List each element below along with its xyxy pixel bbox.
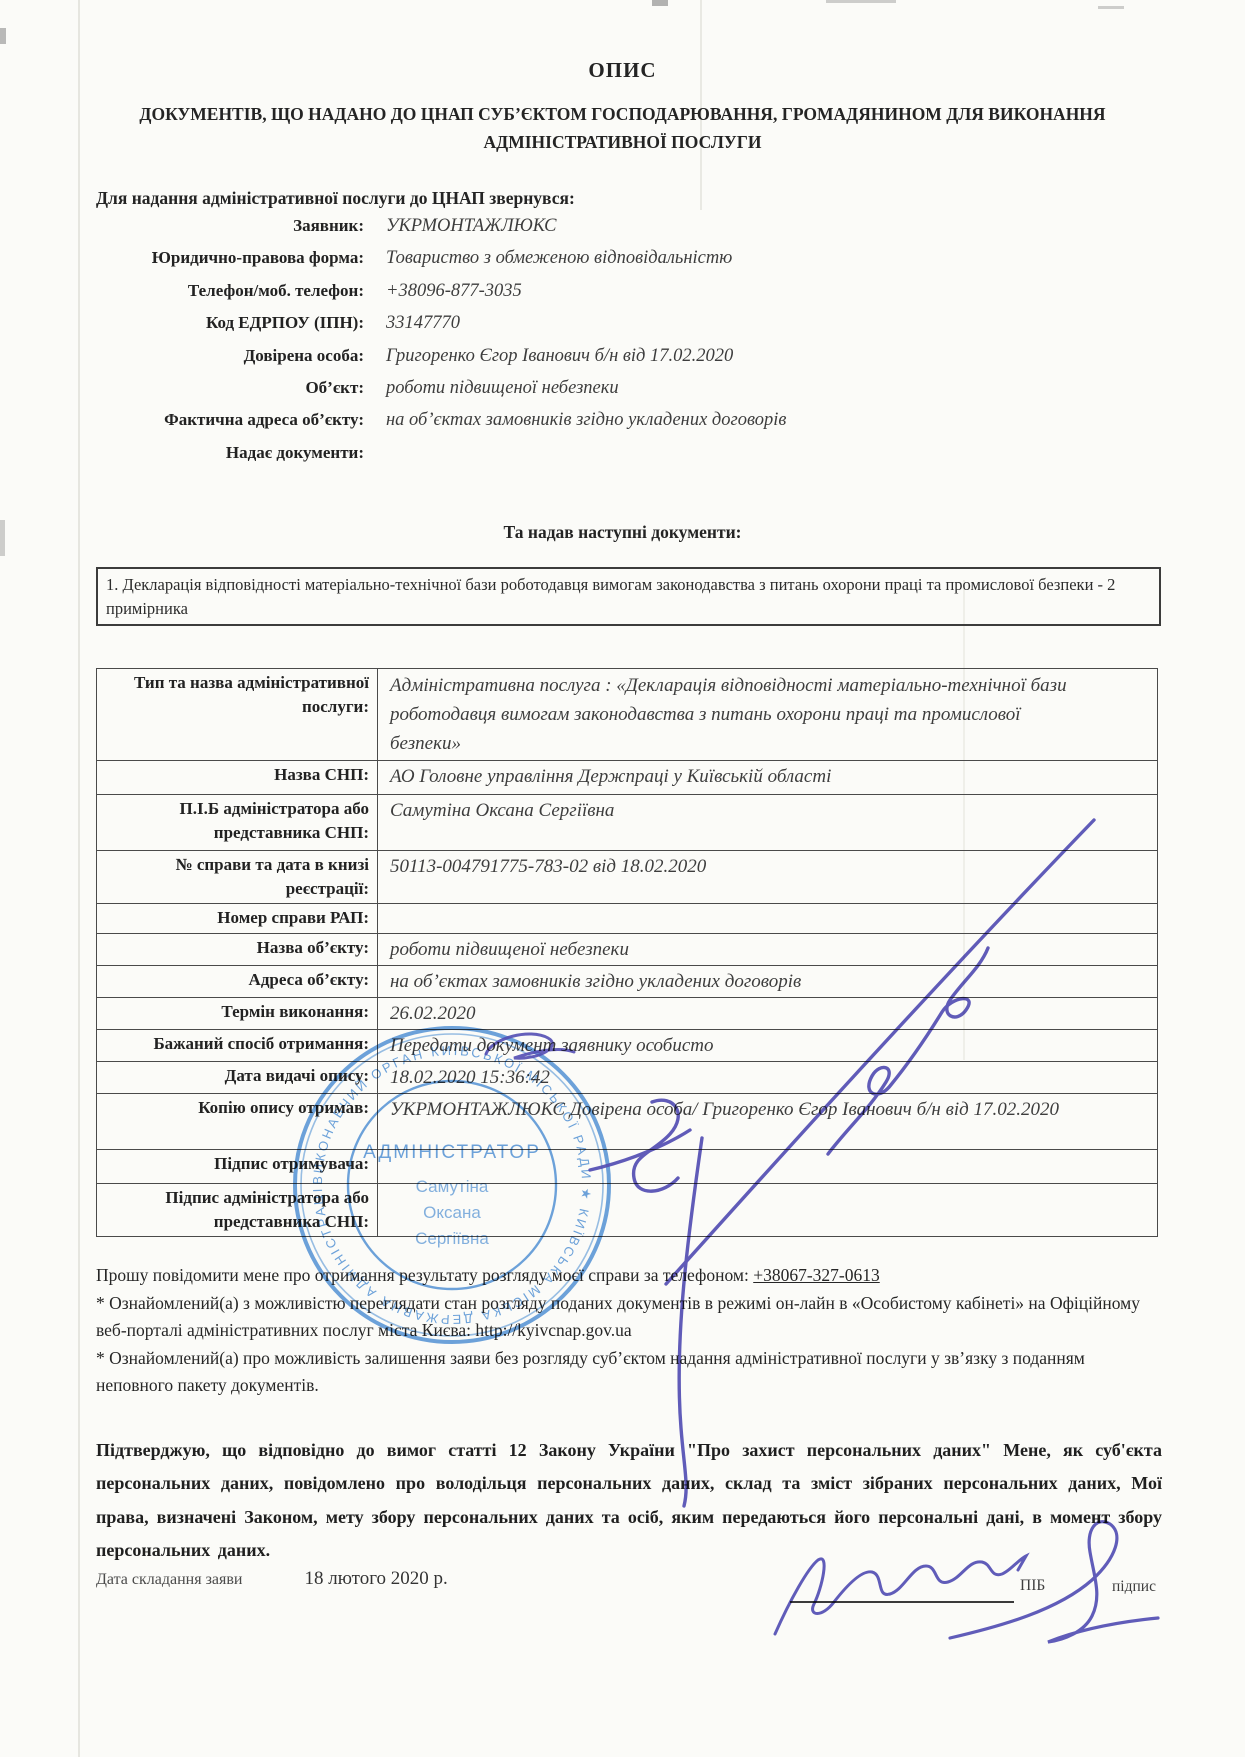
scan-mark — [652, 0, 668, 6]
signature-label: підпис — [1112, 1578, 1156, 1596]
row-value: АО Головне управління Держпраці у Київсь… — [378, 761, 1158, 795]
table-row: Бажаний спосіб отримання:Передати докуме… — [97, 1030, 1158, 1062]
table-row: Копію опису отримав:УКРМОНТАЖЛЮКС Довіре… — [97, 1094, 1158, 1150]
name-signature-line — [790, 1601, 1014, 1603]
field-value: Григоренко Єгор Іванович б/н від 17.02.2… — [386, 346, 733, 367]
field-label: Об’єкт: — [96, 378, 364, 398]
table-row: Підпис адміністратора або представника С… — [97, 1184, 1158, 1237]
date-value: 18 лютого 2020 р. — [304, 1568, 447, 1590]
scan-fold-line — [78, 0, 80, 1757]
field-label: Код ЕДРПОУ (ІПН): — [96, 313, 364, 333]
table-row: Назва об’єкту:роботи підвищеної небезпек… — [97, 934, 1158, 966]
field-row: Код ЕДРПОУ (ІПН):33147770 — [96, 313, 1106, 345]
table-row: Дата видачі опису:18.02.2020 15:36:42 — [97, 1062, 1158, 1094]
row-label: Тип та назва адміністративної послуги: — [97, 669, 378, 761]
notes-paragraphs: Прошу повідомити мене про отримання резу… — [96, 1262, 1162, 1400]
field-value: 33147770 — [386, 313, 460, 334]
field-row: Фактична адреса об’єкту:на об’єктах замо… — [96, 410, 1106, 442]
field-row: Надає документи: — [96, 443, 1106, 475]
table-row: № справи та дата в книзі реєстрації:5011… — [97, 851, 1158, 904]
row-label: Термін виконання: — [97, 998, 378, 1030]
row-value: роботи підвищеної небезпеки — [378, 934, 1158, 966]
row-label: Дата видачі опису: — [97, 1062, 378, 1094]
field-label: Телефон/моб. телефон: — [96, 281, 364, 301]
note-incomplete-package: * Ознайомлений(а) про можливість залишен… — [96, 1348, 1085, 1396]
applicant-fields: Заявник:УКРМОНТАЖЛЮКС Юридично-правова ф… — [96, 216, 1106, 475]
note-online-cabinet: * Ознайомлений(а) з можливістю перегляда… — [96, 1293, 1140, 1341]
row-label: Адреса об’єкту: — [97, 966, 378, 998]
row-value: Передати документ заявнику особисто — [378, 1030, 1158, 1062]
note-contact: Прошу повідомити мене про отримання резу… — [96, 1265, 753, 1285]
table-row: Підпис отримувача: — [97, 1150, 1158, 1184]
row-label: Назва об’єкту: — [97, 934, 378, 966]
row-label: Номер справи РАП: — [97, 904, 378, 934]
service-details-table: Тип та назва адміністративної послуги:Ад… — [96, 668, 1158, 1237]
scan-mark — [0, 28, 6, 44]
row-label: Назва СНП: — [97, 761, 378, 795]
field-label: Юридично-правова форма: — [96, 248, 364, 268]
row-value: 26.02.2020 — [378, 998, 1158, 1030]
documents-heading: Та надав наступні документи: — [0, 522, 1245, 543]
field-value: +38096-877-3035 — [386, 281, 522, 302]
row-value: Самутіна Оксана Сергіївна — [378, 795, 1158, 851]
row-label: № справи та дата в книзі реєстрації: — [97, 851, 378, 904]
table-row: П.І.Б адміністратора або представника СН… — [97, 795, 1158, 851]
row-label: Бажаний спосіб отримання: — [97, 1030, 378, 1062]
row-label: П.І.Б адміністратора або представника СН… — [97, 795, 378, 851]
field-value: УКРМОНТАЖЛЮКС — [386, 216, 556, 237]
row-value: 18.02.2020 15:36:42 — [378, 1062, 1158, 1094]
pib-label: ПІБ — [1020, 1577, 1045, 1595]
row-label: Підпис адміністратора або представника С… — [97, 1184, 378, 1237]
row-value: Адміністративна послуга : «Декларація ві… — [390, 671, 1080, 758]
field-row: Довірена особа:Григоренко Єгор Іванович … — [96, 346, 1106, 378]
recipient-signature-cell — [378, 1150, 1158, 1184]
field-row: Об’єкт:роботи підвищеної небезпеки — [96, 378, 1106, 410]
table-row: Тип та назва адміністративної послуги:Ад… — [97, 669, 1158, 761]
table-row: Термін виконання:26.02.2020 — [97, 998, 1158, 1030]
field-label: Надає документи: — [96, 443, 364, 463]
administrator-signature-cell — [378, 1184, 1158, 1237]
field-value: роботи підвищеної небезпеки — [386, 378, 619, 399]
row-label: Підпис отримувача: — [97, 1150, 378, 1184]
personal-data-consent: Підтверджую, що відповідно до вимог стат… — [96, 1434, 1162, 1568]
field-value: Товариство з обмеженою відповідальністю — [386, 248, 732, 269]
field-row: Юридично-правова форма:Товариство з обме… — [96, 248, 1106, 280]
field-label: Фактична адреса об’єкту: — [96, 410, 364, 430]
table-row: Номер справи РАП: — [97, 904, 1158, 934]
scan-mark — [826, 0, 896, 3]
scanned-document-page: ОПИС ДОКУМЕНТІВ, ЩО НАДАНО ДО ЦНАП СУБ’Є… — [0, 0, 1245, 1757]
contact-phone: +38067-327-0613 — [753, 1265, 880, 1285]
page-title: ОПИС — [0, 58, 1245, 83]
document-list-item: 1. Декларація відповідності матеріально-… — [96, 567, 1161, 626]
row-label: Копію опису отримав: — [97, 1094, 378, 1150]
field-value: на об’єктах замовників згідно укладених … — [386, 410, 786, 431]
row-value: 50113-004791775-783-02 від 18.02.2020 — [378, 851, 1158, 904]
table-row: Назва СНП:АО Головне управління Держпрац… — [97, 761, 1158, 795]
field-label: Довірена особа: — [96, 346, 364, 366]
date-label: Дата складання заяви — [96, 1571, 242, 1589]
date-row: Дата складання заяви 18 лютого 2020 р. — [96, 1568, 448, 1590]
field-row: Заявник:УКРМОНТАЖЛЮКС — [96, 216, 1106, 248]
field-label: Заявник: — [96, 216, 364, 236]
footer-name-signature — [775, 1556, 1026, 1634]
field-row: Телефон/моб. телефон:+38096-877-3035 — [96, 281, 1106, 313]
page-subtitle: ДОКУМЕНТІВ, ЩО НАДАНО ДО ЦНАП СУБ’ЄКТОМ … — [112, 100, 1133, 156]
table-row: Адреса об’єкту:на об’єктах замовників зг… — [97, 966, 1158, 998]
row-value: на об’єктах замовників згідно укладених … — [378, 966, 1158, 998]
row-value: УКРМОНТАЖЛЮКС Довірена особа/ Григоренко… — [390, 1096, 1140, 1123]
row-value — [378, 904, 1158, 934]
intro-line: Для надання адміністративної послуги до … — [96, 188, 575, 209]
scan-mark — [1098, 6, 1124, 9]
